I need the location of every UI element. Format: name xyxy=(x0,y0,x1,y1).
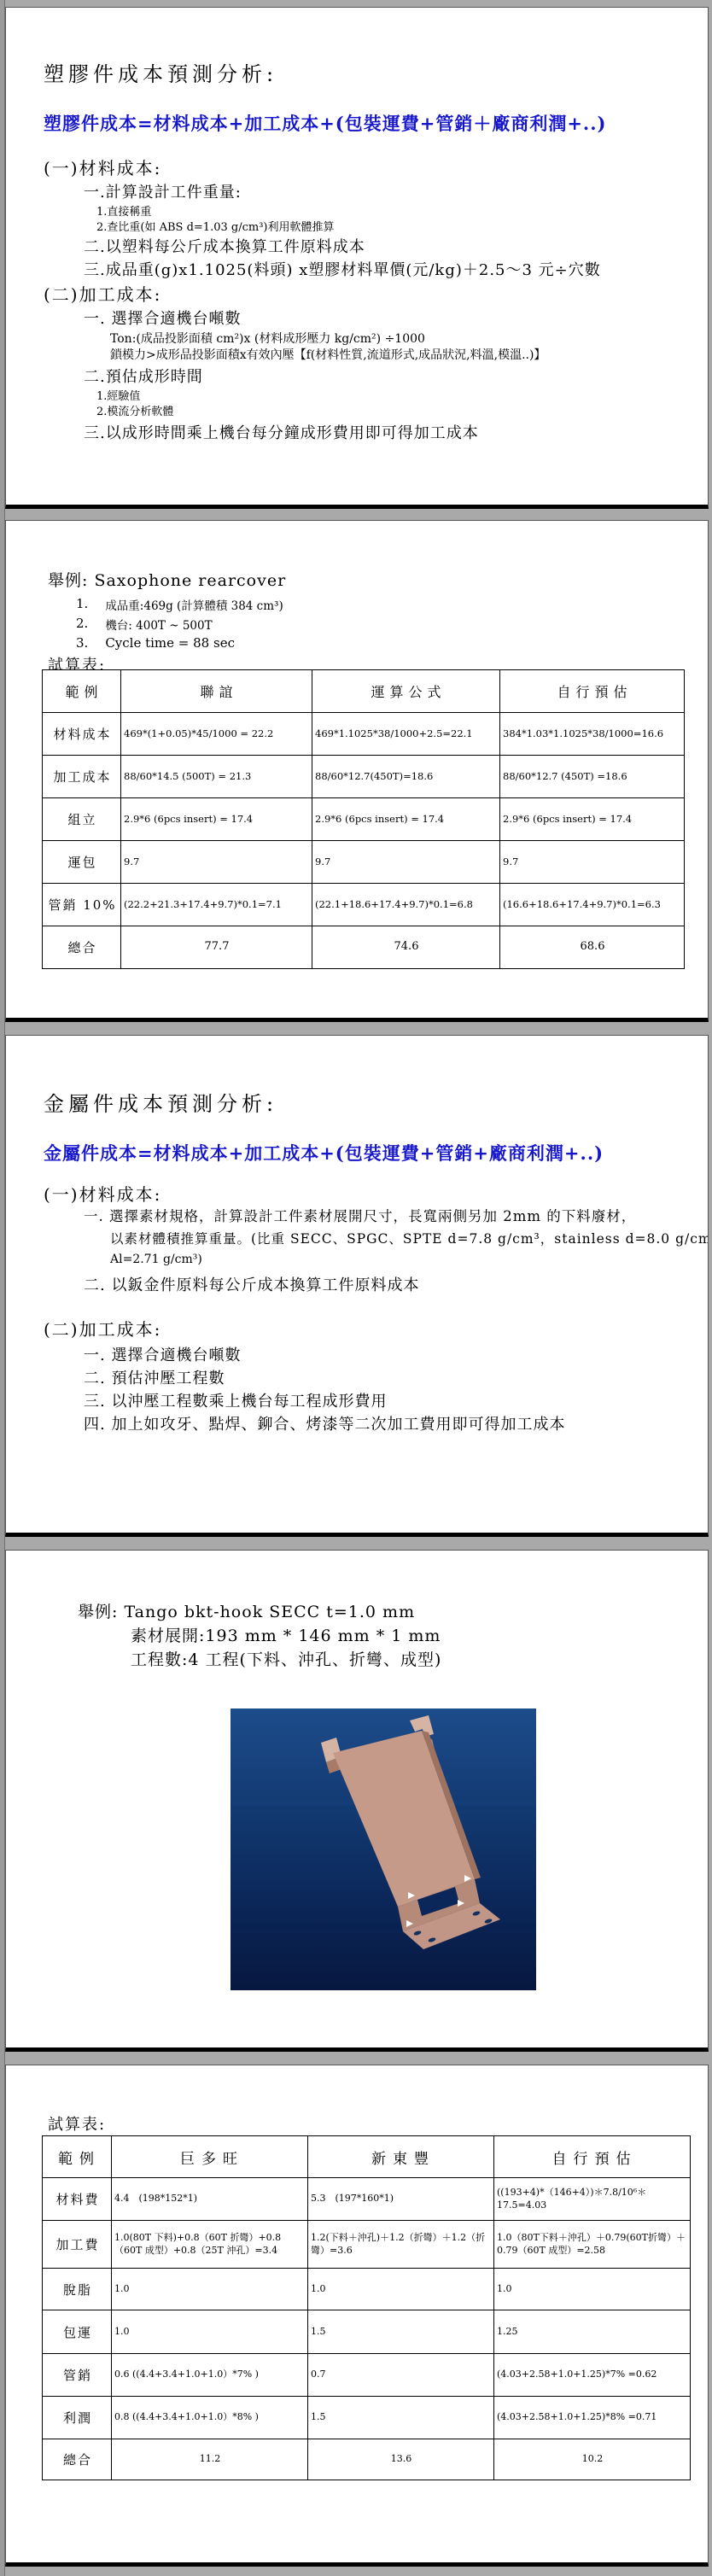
process-step-2: 二.預估成形時間 xyxy=(84,365,203,387)
t2-row-label: 管銷 xyxy=(43,2354,112,2397)
t1-cell: 2.9*6 (6pcs insert) = 17.4 xyxy=(500,798,685,841)
t2-cell: 4.4 (198*152*1) xyxy=(112,2178,308,2221)
process-count-line: 工程數:4 工程(下料、沖孔、折彎、成型) xyxy=(131,1647,441,1670)
t1-cell: 88/60*14.5 (500T) = 21.3 xyxy=(121,756,312,798)
blank-size-line: 素材展開:193 mm * 146 mm * 1 mm xyxy=(131,1623,441,1646)
section-material: (一)材料成本: xyxy=(44,1181,161,1206)
t2-row-label: 總合 xyxy=(43,2439,112,2480)
t2-cell: (4.03+2.58+1.0+1.25)*8% =0.71 xyxy=(494,2397,691,2439)
t2-header-col0: 範例 xyxy=(43,2136,112,2178)
t1-cell: 384*1.03*1.1025*38/1000=16.6 xyxy=(500,713,685,756)
process-step-2-2: 2.模流分析軟體 xyxy=(96,402,173,418)
t1-row-label: 材料成本 xyxy=(43,713,121,756)
t2-cell: 1.0 xyxy=(308,2269,494,2310)
t1-row-label: 總合 xyxy=(43,926,121,969)
t2-row-label: 加工費 xyxy=(43,2221,112,2269)
process-step-4: 四. 加上如攻牙、點焊、鉚合、烤漆等二次加工費用即可得加工成本 xyxy=(84,1412,565,1434)
example-item-3: 3.Cycle time = 88 sec xyxy=(76,635,235,651)
t2-row-label: 材料費 xyxy=(43,2178,112,2221)
material-step-2: 二. 以鈑金件原料每公斤成本換算工件原料成本 xyxy=(84,1273,419,1295)
clamp-force-note: 鎖模力>成形品投影面積x有效內壓【f(材料性質,流道形式,成品狀況,料溫,模溫.… xyxy=(110,346,546,363)
t1-cell: 9.7 xyxy=(312,841,500,884)
page-title: 金屬件成本預測分析: xyxy=(44,1087,277,1117)
t2-cell: 0.8 ((4.4+3.4+1.0+1.0）*8% ) xyxy=(112,2397,308,2439)
material-step-1-1: 1.直接稱重 xyxy=(96,202,151,219)
t2-cell-total: 11.2 xyxy=(112,2439,308,2480)
slide-4-tango-bkt-hook-example: 舉例: Tango bkt-hook SECC t=1.0 mm 素材展開:19… xyxy=(5,1550,709,2052)
page-title: 塑膠件成本預測分析: xyxy=(44,57,277,87)
t2-cell-total: 13.6 xyxy=(308,2439,494,2480)
t2-header-col1: 巨多旺 xyxy=(112,2136,308,2178)
t2-cell: 1.5 xyxy=(308,2397,494,2439)
section-material: (一)材料成本: xyxy=(44,155,161,179)
document-canvas: { "colors": { "background": "#a9a9a9", "… xyxy=(0,0,712,2576)
t1-cell: (22.2+21.3+17.4+9.7)*0.1=7.1 xyxy=(121,884,312,926)
t2-cell: 1.5 xyxy=(308,2310,494,2354)
item-number: 1. xyxy=(76,596,88,613)
t1-cell: 469*1.1025*38/1000+2.5=22.1 xyxy=(312,713,500,756)
t1-header-col1: 聯誼 xyxy=(121,670,312,713)
t1-cell: 9.7 xyxy=(500,841,685,884)
example-item-1: 1.成品重:469g (計算體積 384 cm³) xyxy=(76,596,283,613)
material-step-2: 二.以塑料每公斤成本換算工件原料成本 xyxy=(84,235,365,257)
item-text: 成品重:469g (計算體積 384 cm³) xyxy=(105,596,283,613)
tonnage-formula: Ton:(成品投影面積 cm²)x (材料成形壓力 kg/cm²) ÷1000 xyxy=(110,330,425,347)
t1-cell: (16.6+18.6+17.4+9.7)*0.1=6.3 xyxy=(500,884,685,926)
item-text: 機台: 400T ~ 500T xyxy=(105,616,212,633)
cost-formula: 金屬件成本=材料成本+加工成本+(包裝運費+管銷+廠商利潤+..) xyxy=(44,1140,604,1165)
process-step-1: 一. 選擇合適機台噸數 xyxy=(84,1343,241,1365)
t2-cell: 0.7 xyxy=(308,2354,494,2397)
t2-cell: 1.0 xyxy=(112,2310,308,2354)
trial-table-metal: 範例 巨多旺 新東豐 自行預估 材料費 4.4 (198*152*1) 5.3 … xyxy=(42,2135,691,2480)
t2-row-label: 脫脂 xyxy=(43,2269,112,2310)
t2-cell: 1.0 xyxy=(494,2269,691,2310)
section-process: (二)加工成本: xyxy=(44,281,161,306)
t1-cell: 9.7 xyxy=(121,841,312,884)
t2-cell: 5.3 (197*160*1) xyxy=(308,2178,494,2221)
t1-header-col0: 範例 xyxy=(43,670,121,713)
t1-row-label: 組立 xyxy=(43,798,121,841)
slide-2-saxophone-example: 舉例: Saxophone rearcover 1.成品重:469g (計算體積… xyxy=(5,520,709,1022)
cost-formula: 塑膠件成本=材料成本+加工成本+(包裝運費+管銷＋廠商利潤+..) xyxy=(44,110,606,136)
example-item-2: 2.機台: 400T ~ 500T xyxy=(76,616,213,633)
t2-cell: (4.03+2.58+1.0+1.25)*7% =0.62 xyxy=(494,2354,691,2397)
bracket-3d-image xyxy=(231,1709,536,1990)
t2-cell: 1.0 xyxy=(112,2269,308,2310)
material-step-1: 一. 選擇素材規格，計算設計工件素材展開尺寸，長寬兩側另加 2mm 的下料廢材， xyxy=(84,1205,636,1225)
material-step-1: 一.計算設計工件重量: xyxy=(84,180,242,202)
process-step-3: 三.以成形時間乘上機台每分鐘成形費用即可得加工成本 xyxy=(84,421,479,443)
t2-cell: 1.0（80T下料＋沖孔）＋0.79(60T折彎）＋0.79（60T 成型）=2… xyxy=(494,2221,691,2269)
t2-cell: ((193+4)*（146+4）)＊7.8/10⁶＊17.5=4.03 xyxy=(494,2178,691,2221)
process-step-3: 三. 以沖壓工程數乘上機台每工程成形費用 xyxy=(84,1389,387,1411)
example-title: 舉例: Tango bkt-hook SECC t=1.0 mm xyxy=(78,1599,415,1622)
trial-table-plastic: 範例 聯誼 運算公式 自行預估 材料成本 469*(1+0.05)*45/100… xyxy=(42,669,685,969)
t2-row-label: 利潤 xyxy=(43,2397,112,2439)
material-step-1-2: 2.查比重(如 ABS d=1.03 g/cm³)利用軟體推算 xyxy=(96,218,334,234)
item-number: 2. xyxy=(76,616,88,633)
t2-cell: 1.2(下料＋沖孔)＋1.2（折彎）＋1.2（折彎）=3.6 xyxy=(308,2221,494,2269)
material-step-1c: Al=2.71 g/cm³) xyxy=(110,1253,202,1266)
t1-cell: (22.1+18.6+17.4+9.7)*0.1=6.8 xyxy=(312,884,500,926)
t1-cell: 88/60*12.7 (450T) =18.6 xyxy=(500,756,685,798)
t2-cell: 1.0(80T 下料)+0.8（60T 折彎）+0.8（60T 成型）+0.8（… xyxy=(112,2221,308,2269)
t1-row-label: 管銷 10% xyxy=(43,884,121,926)
t2-cell: 1.25 xyxy=(494,2310,691,2354)
t2-row-label: 包運 xyxy=(43,2310,112,2354)
example-title: 舉例: Saxophone rearcover xyxy=(48,568,286,591)
t1-cell: 2.9*6 (6pcs insert) = 17.4 xyxy=(312,798,500,841)
material-step-3: 三.成品重(g)x1.1025(料頭) x塑膠材料單價(元/kg)＋2.5～3 … xyxy=(84,258,601,280)
t1-cell: 469*(1+0.05)*45/1000 = 22.2 xyxy=(121,713,312,756)
t1-cell: 88/60*12.7(450T)=18.6 xyxy=(312,756,500,798)
t1-header-col2: 運算公式 xyxy=(312,670,500,713)
t1-cell-total: 77.7 xyxy=(121,926,312,969)
item-number: 3. xyxy=(76,635,88,651)
t1-row-label: 運包 xyxy=(43,841,121,884)
t2-header-col3: 自行預估 xyxy=(494,2136,691,2178)
item-text: Cycle time = 88 sec xyxy=(105,635,235,651)
slide-5-metal-trial-table: 試算表: 範例 巨多旺 新東豐 自行預估 材料費 4.4 (198*152*1)… xyxy=(5,2065,709,2567)
table-label: 試算表: xyxy=(48,2112,106,2135)
material-step-1b: 以素材體積推算重量。(比重 SECC、SPGC、SPTE d=7.8 g/cm³… xyxy=(110,1229,709,1247)
t2-header-col2: 新東豐 xyxy=(308,2136,494,2178)
t1-cell-total: 74.6 xyxy=(312,926,500,969)
t2-cell: 0.6 ((4.4+3.4+1.0+1.0）*7% ) xyxy=(112,2354,308,2397)
process-step-2-1: 1.經驗值 xyxy=(96,387,140,403)
slide-3-metal-cost-analysis: 金屬件成本預測分析: 金屬件成本=材料成本+加工成本+(包裝運費+管銷+廠商利潤… xyxy=(5,1035,709,1537)
t1-row-label: 加工成本 xyxy=(43,756,121,798)
t1-cell: 2.9*6 (6pcs insert) = 17.4 xyxy=(121,798,312,841)
slide-1-plastic-cost-analysis: 塑膠件成本預測分析: 塑膠件成本=材料成本+加工成本+(包裝運費+管銷＋廠商利潤… xyxy=(5,7,709,509)
section-process: (二)加工成本: xyxy=(44,1316,161,1341)
t1-cell-total: 68.6 xyxy=(500,926,685,969)
process-step-2: 二. 預估沖壓工程數 xyxy=(84,1366,225,1388)
t2-cell-total: 10.2 xyxy=(494,2439,691,2480)
t1-header-col3: 自行預估 xyxy=(500,670,685,713)
process-step-1: 一. 選擇合適機台噸數 xyxy=(84,307,241,329)
